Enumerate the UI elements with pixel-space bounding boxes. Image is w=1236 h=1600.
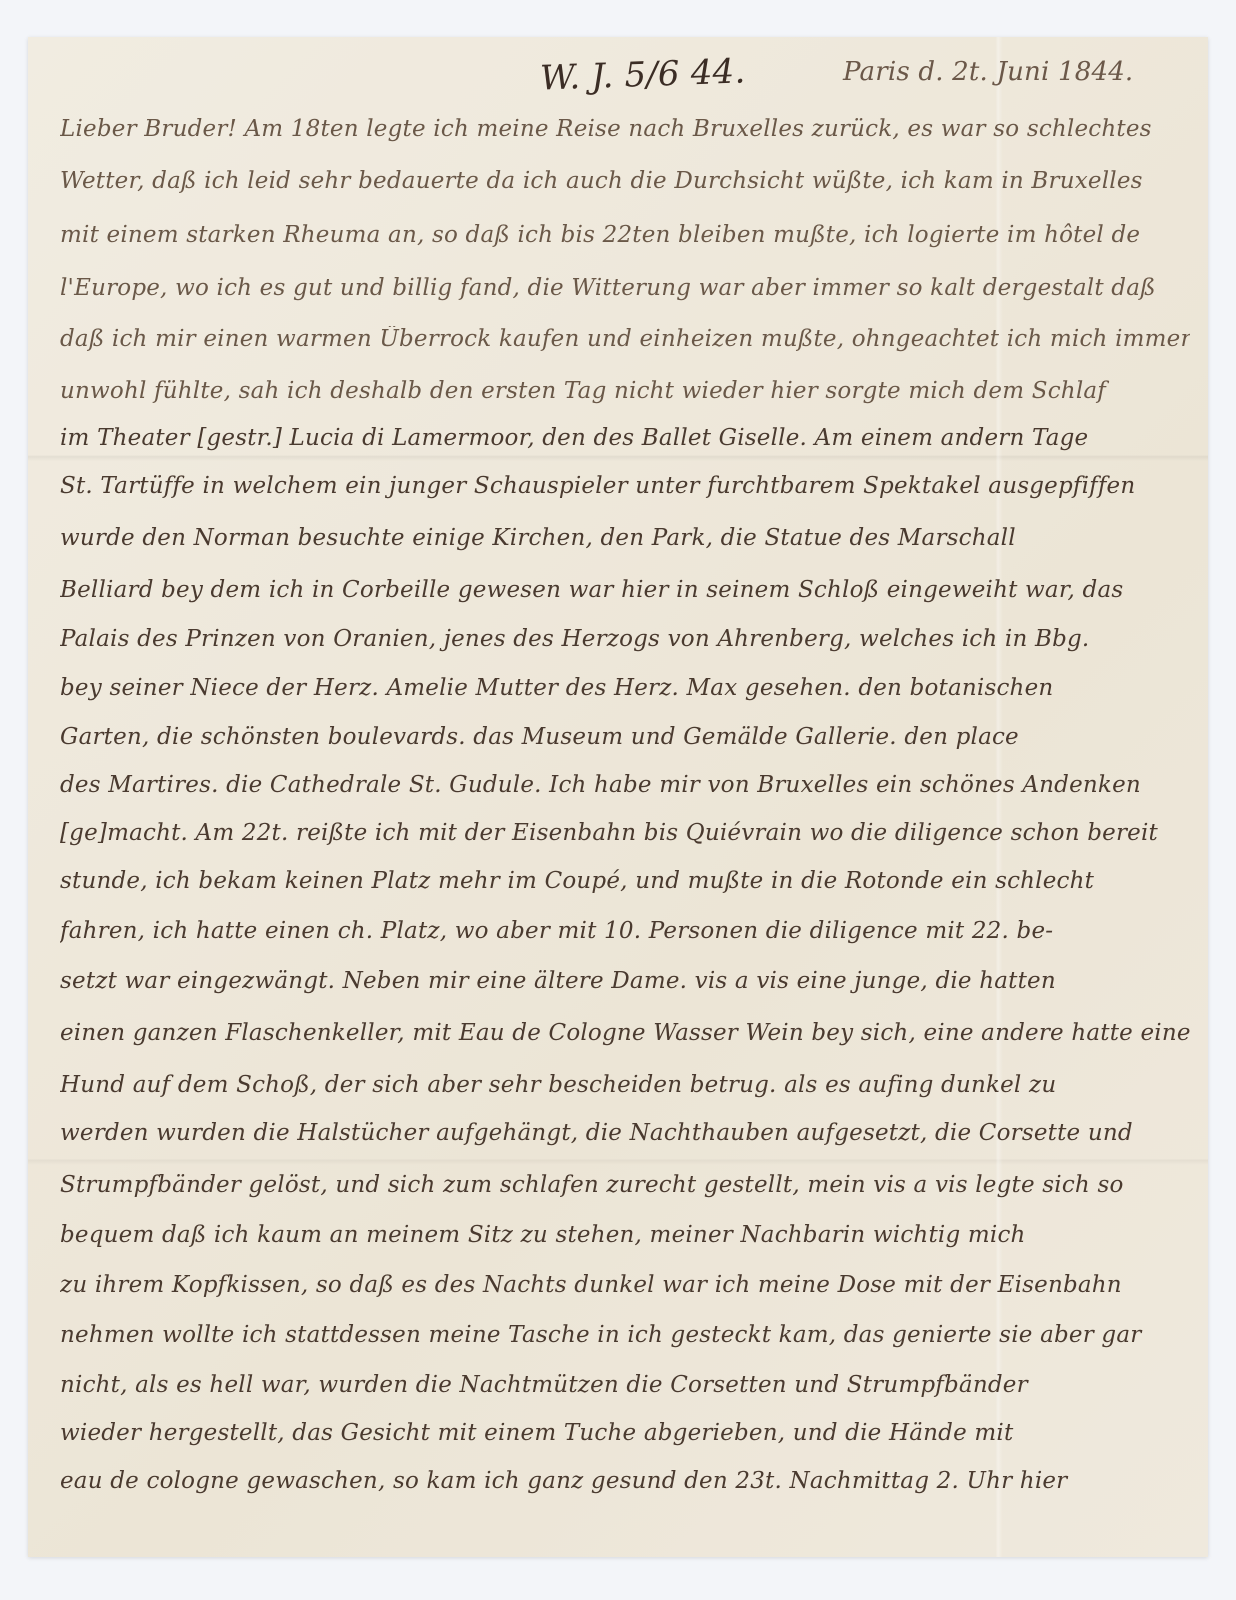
- letter-place-date: Paris d. 2t. Juni 1844.: [843, 57, 1133, 87]
- letter-line: Wetter, daß ich leid sehr bedauerte da i…: [60, 168, 1190, 194]
- letter-line: wieder hergestellt, das Gesicht mit eine…: [60, 1420, 1190, 1446]
- letter-line: [ge]macht. Am 22t. reißte ich mit der Ei…: [60, 820, 1190, 846]
- letter-line: Lieber Bruder! Am 18ten legte ich meine …: [60, 116, 1190, 142]
- letter-line: Belliard bey dem ich in Corbeille gewese…: [60, 577, 1190, 603]
- letter-line: Garten, die schönsten boulevards. das Mu…: [60, 724, 1190, 750]
- letter-line: eau de cologne gewaschen, so kam ich gan…: [60, 1468, 1190, 1494]
- letter-line: wurde den Norman besuchte einige Kirchen…: [60, 525, 1190, 551]
- letter-line: fahren, ich hatte einen ch. Platz, wo ab…: [60, 918, 1190, 944]
- letter-line: daß ich mir einen warmen Überrock kaufen…: [60, 326, 1190, 352]
- letter-line: werden wurden die Halstücher aufgehängt,…: [60, 1120, 1190, 1146]
- letter-line: stunde, ich bekam keinen Platz mehr im C…: [60, 868, 1190, 894]
- letter-line: Palais des Prinzen von Oranien, jenes de…: [60, 626, 1190, 652]
- letter-line: bequem daß ich kaum an meinem Sitz zu st…: [60, 1222, 1190, 1248]
- letter-line: zu ihrem Kopfkissen, so daß es des Nacht…: [60, 1272, 1190, 1298]
- letter-line: mit einem starken Rheuma an, so daß ich …: [60, 222, 1190, 248]
- letter-line: im Theater [gestr.] Lucia di Lamermoor, …: [60, 425, 1190, 451]
- letter-line: unwohl fühlte, sah ich deshalb den erste…: [60, 378, 1190, 404]
- letter-line: Hund auf dem Schoß, der sich aber sehr b…: [60, 1072, 1190, 1098]
- letter-line: l'Europe, wo ich es gut und billig fand,…: [60, 275, 1190, 301]
- letter-line: nehmen wollte ich stattdessen meine Tasc…: [60, 1322, 1190, 1348]
- letter-line: bey seiner Niece der Herz. Amelie Mutter…: [60, 675, 1190, 701]
- archive-reference-note: W. J. 5/6 44.: [539, 51, 746, 98]
- letter-line: Strumpfbänder gelöst, und sich zum schla…: [60, 1172, 1190, 1198]
- letter-line: des Martires. die Cathedrale St. Gudule.…: [60, 772, 1190, 798]
- letter-line: St. Tartüffe in welchem ein junger Schau…: [60, 473, 1190, 499]
- letter-line: nicht, als es hell war, wurden die Nacht…: [60, 1372, 1190, 1398]
- letter-line: setzt war eingezwängt. Neben mir eine äl…: [60, 968, 1190, 994]
- letter-line: einen ganzen Flaschenkeller, mit Eau de …: [60, 1020, 1190, 1046]
